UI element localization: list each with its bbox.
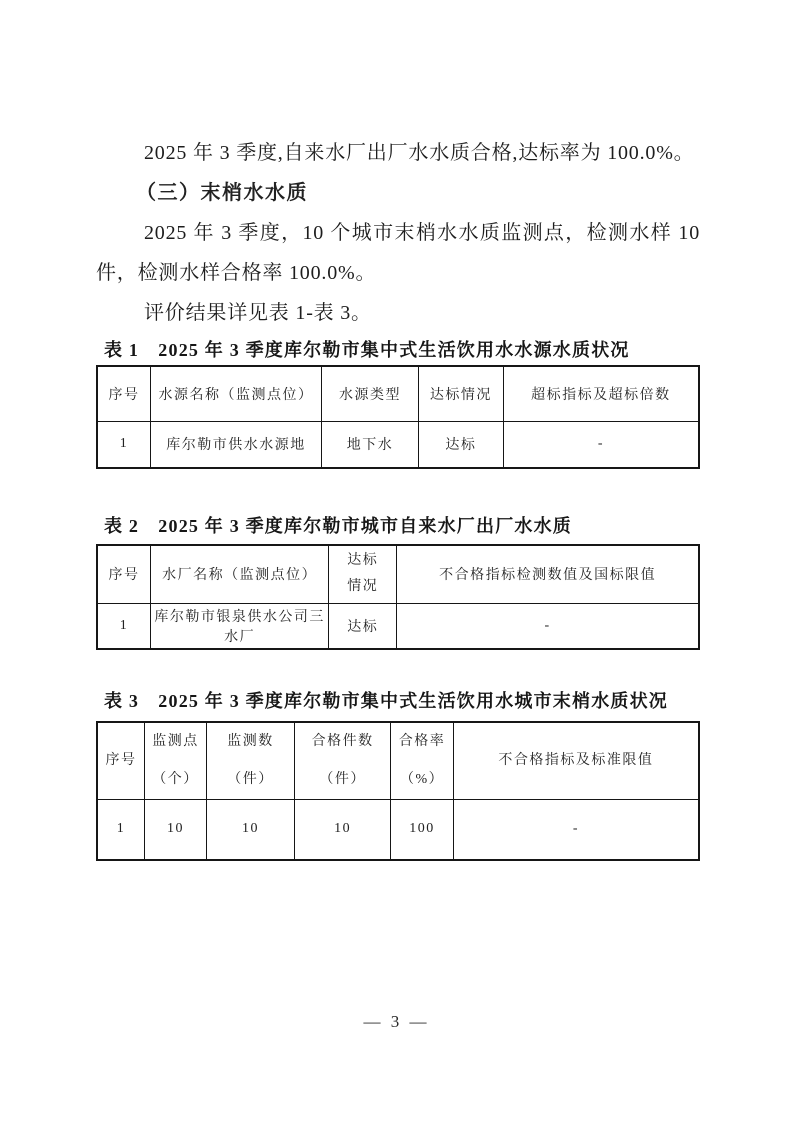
table-3-header-row: 序号 监测点 （个） 监测数（件） 合格件数（件） 合格率 （%） 不合格指标及…	[97, 722, 699, 800]
table-1-caption: 表 1 2025 年 3 季度库尔勒市集中式生活饮用水水源水质状况	[96, 337, 700, 363]
section-heading-terminal-water: （三）末梢水水质	[96, 173, 700, 213]
table-3-cell-monitor-points: 10	[145, 800, 207, 860]
table-2-header-compliance: 达标 情况	[329, 545, 397, 603]
table-3-header-monitor-points-line-2: （个）	[147, 761, 204, 799]
table-2-cell-plant-name: 库尔勒市银泉供水公司三水厂	[151, 603, 329, 649]
table-3-terminal-water-quality: 序号 监测点 （个） 监测数（件） 合格件数（件） 合格率 （%） 不合格指标及…	[96, 721, 700, 861]
table-3-header-pass-rate-line-1: 合格率	[393, 723, 451, 761]
page-number: — 3 —	[0, 1012, 793, 1032]
table-1-cell-compliance: 达标	[418, 421, 503, 468]
paragraph-terminal-water-monitoring: 2025 年 3 季度，10 个城市末梢水水质监测点，检测水样 10 件，检测水…	[96, 213, 700, 293]
table-2-caption: 表 2 2025 年 3 季度库尔勒市城市自来水厂出厂水水质	[96, 513, 700, 539]
table-1-cell-exceedance: -	[503, 421, 699, 468]
table-2-header-compliance-line-1: 达标	[331, 548, 394, 574]
table-2-header-compliance-line-2: 情况	[331, 574, 394, 600]
table-3-header-monitor-points-line-1: 监测点	[147, 723, 204, 761]
table-1-header-source-type: 水源类型	[322, 366, 419, 421]
table-2-cell-compliance: 达标	[329, 603, 397, 649]
table-2-header-plant-name: 水厂名称（监测点位）	[151, 545, 329, 603]
table-1-source-water-quality: 序号 水源名称（监测点位） 水源类型 达标情况 超标指标及超标倍数 1 库尔勒市…	[96, 365, 700, 469]
table-2-header-noncompliant-values: 不合格指标检测数值及国标限值	[397, 545, 699, 603]
table-3-cell-noncompliant-limits: -	[453, 800, 699, 860]
table-2-data-row: 1 库尔勒市银泉供水公司三水厂 达标 -	[97, 603, 699, 649]
table-1-header-source-name: 水源名称（监测点位）	[151, 366, 322, 421]
table-3-header-qualified-samples: 合格件数（件）	[294, 722, 390, 800]
table-3-header-seq: 序号	[97, 722, 145, 800]
table-2-cell-seq: 1	[97, 603, 151, 649]
table-3-header-samples: 监测数（件）	[207, 722, 295, 800]
table-1-header-seq: 序号	[97, 366, 151, 421]
table-2-header-seq: 序号	[97, 545, 151, 603]
table-1-header-exceedance: 超标指标及超标倍数	[503, 366, 699, 421]
table-3-cell-pass-rate: 100	[391, 800, 454, 860]
document-page: 2025 年 3 季度,自来水厂出厂水水质合格,达标率为 100.0%。 （三）…	[0, 0, 793, 1122]
paragraph-see-tables: 评价结果详见表 1-表 3。	[96, 293, 700, 333]
table-3-cell-samples: 10	[207, 800, 295, 860]
table-3-header-pass-rate-line-2: （%）	[393, 761, 451, 799]
paragraph-tap-water-quality: 2025 年 3 季度,自来水厂出厂水水质合格,达标率为 100.0%。	[96, 133, 700, 173]
table-1-header-compliance: 达标情况	[418, 366, 503, 421]
table-1-data-row: 1 库尔勒市供水水源地 地下水 达标 -	[97, 421, 699, 468]
table-3-caption: 表 3 2025 年 3 季度库尔勒市集中式生活饮用水城市末梢水质状况	[96, 688, 700, 714]
table-1-header-row: 序号 水源名称（监测点位） 水源类型 达标情况 超标指标及超标倍数	[97, 366, 699, 421]
table-2-cell-noncompliant-values: -	[397, 603, 699, 649]
table-1-cell-source-name: 库尔勒市供水水源地	[151, 421, 322, 468]
table-3-cell-qualified-samples: 10	[294, 800, 390, 860]
table-3-header-monitor-points: 监测点 （个）	[145, 722, 207, 800]
table-2-header-row: 序号 水厂名称（监测点位） 达标 情况 不合格指标检测数值及国标限值	[97, 545, 699, 603]
table-1-cell-seq: 1	[97, 421, 151, 468]
table-3-header-pass-rate: 合格率 （%）	[391, 722, 454, 800]
table-3-header-noncompliant-limits: 不合格指标及标准限值	[453, 722, 699, 800]
table-2-tap-water-plant-quality: 序号 水厂名称（监测点位） 达标 情况 不合格指标检测数值及国标限值 1 库尔勒…	[96, 544, 700, 650]
table-3-cell-seq: 1	[97, 800, 145, 860]
table-3-data-row: 1 10 10 10 100 -	[97, 800, 699, 860]
table-1-cell-source-type: 地下水	[322, 421, 419, 468]
